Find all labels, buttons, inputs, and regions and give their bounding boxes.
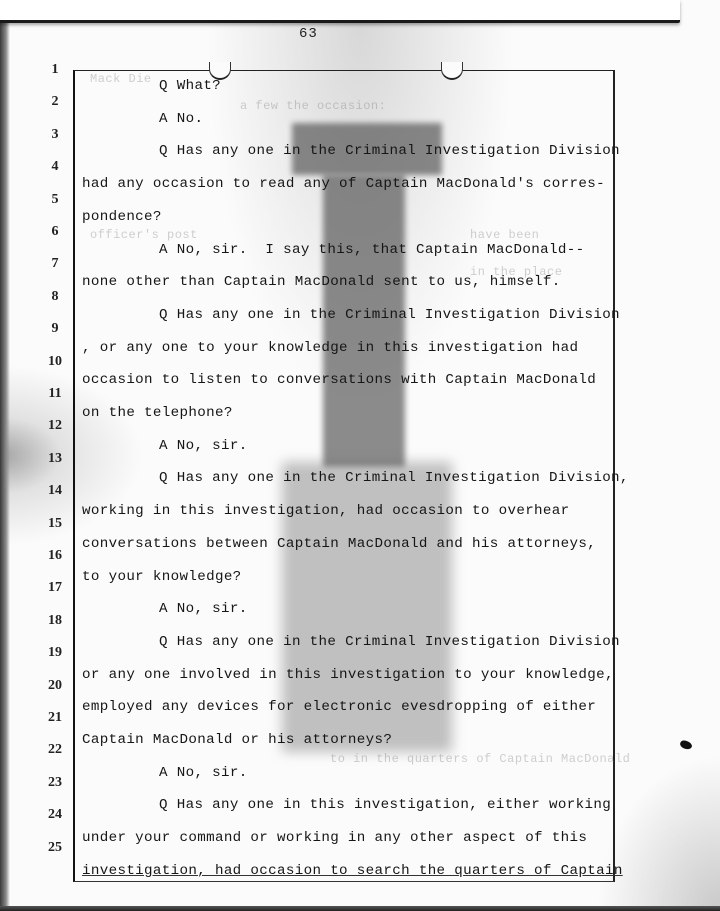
transcript-line: to your knowledge? [82,569,242,585]
line-number: 24 [40,807,70,823]
bleed-through-text: a few the occasion: [240,99,386,113]
line-number: 22 [40,742,70,758]
binding-shadow [0,18,10,911]
bleed-through-text: officer's post [90,228,198,242]
page-top-edge [0,0,680,23]
line-number: 19 [40,645,70,661]
question-line: Q Has any one in the Criminal Investigat… [159,470,629,486]
line-number: 1 [40,62,70,78]
line-number: 13 [40,451,70,467]
line-number: 18 [40,613,70,629]
line-number: 10 [40,354,70,370]
question-line: Q Has any one in the Criminal Investigat… [159,307,620,323]
line-number: 20 [40,678,70,694]
line-number: 11 [40,386,70,402]
line-number: 7 [40,256,70,272]
line-number: 23 [40,775,70,791]
line-number: 21 [40,710,70,726]
transcript-line: employed any devices for electronic eves… [82,699,596,715]
transcript-line: pondence? [82,209,162,225]
answer-line: A No, sir. [159,601,248,617]
transcript-line: or any one involved in this investigatio… [82,667,614,683]
line-number: 17 [40,580,70,596]
answer-line: A No, sir. I say this, that Captain MacD… [159,242,584,258]
line-number: 5 [40,192,70,208]
answer-line: A No. [159,111,203,127]
question-line: Q Has any one in the Criminal Investigat… [159,634,620,650]
transcript-line: under your command or working in any oth… [82,830,587,846]
line-number: 12 [40,418,70,434]
line-number: 14 [40,483,70,499]
bleed-through-text: have been [470,228,539,242]
bleed-through-text: Mack Die [90,72,152,86]
bleed-through-text: to in the quarters of Captain MacDonald [330,752,630,766]
transcript-line: had any occasion to read any of Captain … [82,176,605,192]
line-number: 25 [40,840,70,856]
line-number: 9 [40,321,70,337]
transcript-line: investigation, had occasion to search th… [82,863,623,879]
transcript-line: none other than Captain MacDonald sent t… [82,274,561,290]
answer-line: A No, sir. [159,765,248,781]
question-line: Q What? [159,78,221,94]
line-number: 15 [40,516,70,532]
transcript-line: conversations between Captain MacDonald … [82,536,596,552]
page-number: 63 [299,26,318,42]
question-line: Q Has any one in the Criminal Investigat… [159,143,620,159]
question-line: Q Has any one in this investigation, eit… [159,797,611,813]
line-number: 8 [40,289,70,305]
transcript-line: , or any one to your knowledge in this i… [82,340,578,356]
line-number: 4 [40,159,70,175]
line-number: 16 [40,548,70,564]
transcript-line: on the telephone? [82,405,233,421]
transcript-line: working in this investigation, had occas… [82,503,570,519]
answer-line: A No, sir. [159,438,248,454]
transcript-line: occasion to listen to conversations with… [82,372,596,388]
line-number: 6 [40,224,70,240]
line-number: 2 [40,94,70,110]
page-bottom-edge [0,906,720,911]
transcript-line: Captain MacDonald or his attorneys? [82,732,392,748]
line-number: 3 [40,127,70,143]
